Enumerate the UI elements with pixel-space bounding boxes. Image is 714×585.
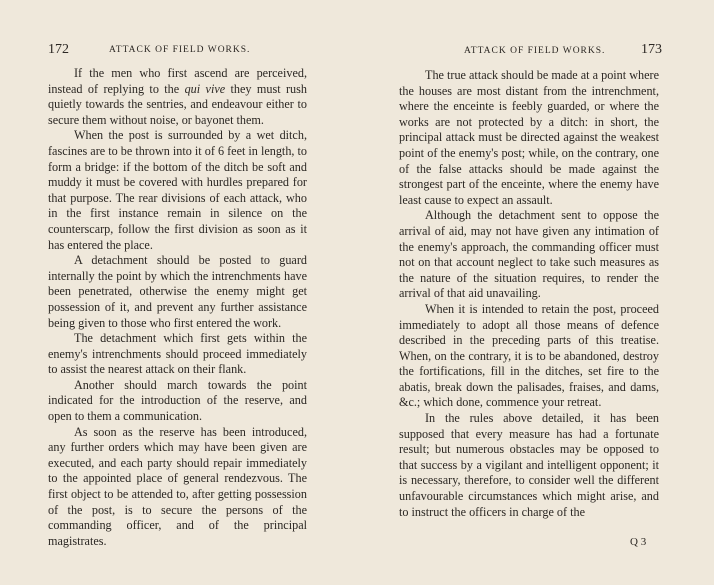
paragraph: The detachment which first gets within t… xyxy=(48,331,307,378)
italic-phrase: qui vive xyxy=(185,82,226,96)
signature-mark: Q 3 xyxy=(630,536,646,548)
paragraph: Although the detachment sent to oppose t… xyxy=(399,208,659,302)
paragraph: In the rules above detailed, it has been… xyxy=(399,411,659,520)
right-page: ATTACK OF FIELD WORKS. 173 The true atta… xyxy=(357,0,714,585)
paragraph: When the post is surrounded by a wet dit… xyxy=(48,128,307,253)
paragraph: A detachment should be posted to guard i… xyxy=(48,253,307,331)
left-page: 172 ATTACK OF FIELD WORKS. If the men wh… xyxy=(0,0,357,585)
running-head: ATTACK OF FIELD WORKS. xyxy=(109,45,250,55)
paragraph: The true attack should be made at a poin… xyxy=(399,68,659,208)
page-number: 173 xyxy=(641,42,662,58)
paragraph: When it is intended to retain the post, … xyxy=(399,302,659,411)
body-text: If the men who first ascend are perceive… xyxy=(48,66,307,549)
page-number: 172 xyxy=(48,42,69,58)
running-head: ATTACK OF FIELD WORKS. xyxy=(464,46,605,56)
paragraph: Another should march towards the point i… xyxy=(48,378,307,425)
paragraph: If the men who first ascend are perceive… xyxy=(48,66,307,128)
body-text: The true attack should be made at a poin… xyxy=(399,68,659,520)
paragraph: As soon as the reserve has been introduc… xyxy=(48,425,307,550)
